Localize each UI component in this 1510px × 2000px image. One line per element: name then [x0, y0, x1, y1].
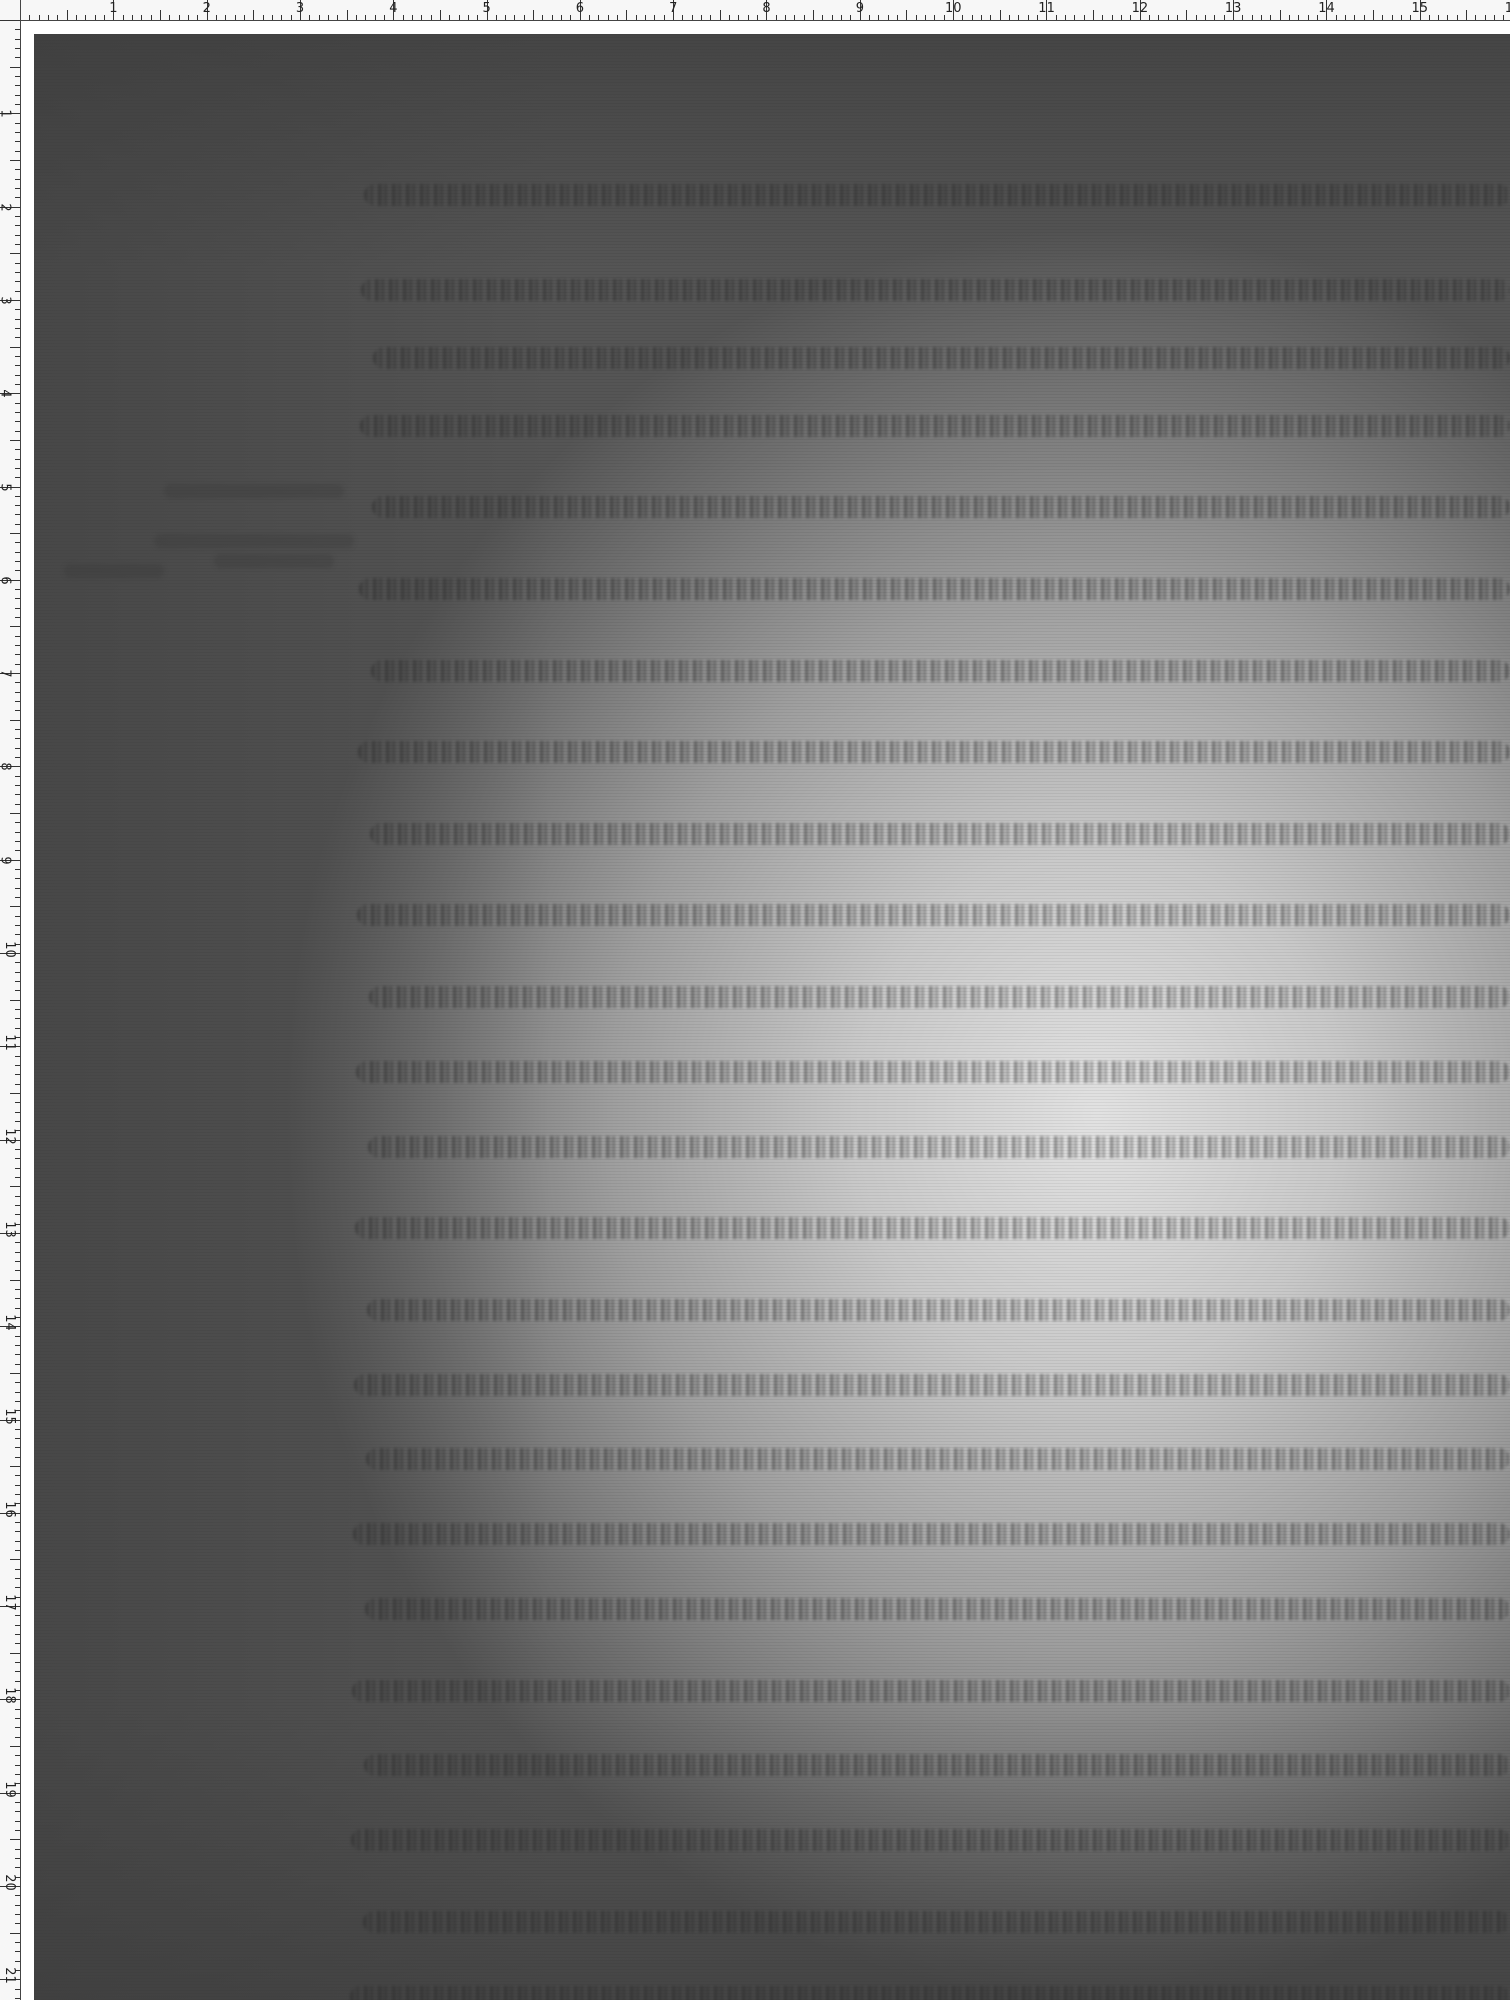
ruler-tick [15, 682, 20, 683]
ruler-tick [1214, 15, 1215, 20]
ruler-tick [15, 1821, 20, 1822]
ruler-tick [85, 15, 86, 20]
ruler-tick [15, 701, 20, 702]
ruler-tick [15, 654, 20, 655]
ruler-tick [39, 15, 40, 20]
ruler-tick [169, 15, 170, 20]
ruler-tick [309, 15, 310, 20]
ruler-tick [15, 1951, 20, 1952]
ruler-tick [626, 10, 627, 20]
ruler-tick [15, 1102, 20, 1103]
manuscript-line [351, 1829, 1510, 1851]
manuscript-line [357, 904, 1510, 926]
ruler-tick [906, 10, 907, 20]
ruler-tick [412, 15, 413, 20]
ruler-tick [15, 1858, 20, 1859]
ruler-tick [15, 1074, 20, 1075]
ruler-tick [1354, 15, 1355, 20]
ruler-tick [524, 15, 525, 20]
ruler-tick [15, 1494, 20, 1495]
ruler-tick [104, 15, 105, 20]
ruler-tick [878, 15, 879, 20]
ruler-tick [10, 720, 20, 721]
ruler-tick [365, 15, 366, 20]
ruler-tick [682, 15, 683, 20]
ruler-tick [701, 15, 702, 20]
ruler-tick [1475, 15, 1476, 20]
ruler-tick [15, 1289, 20, 1290]
ruler-tick [15, 636, 20, 637]
ruler-tick [1158, 15, 1159, 20]
ruler-tick [347, 10, 348, 20]
ruler-tick [216, 15, 217, 20]
ruler-tick [598, 15, 599, 20]
ruler-tick [794, 15, 795, 20]
ruler-tick [533, 10, 534, 20]
ruler-tick [15, 319, 20, 320]
ruler-tick [15, 1336, 20, 1337]
ruler-tick [15, 95, 20, 96]
ruler-tick [15, 1028, 20, 1029]
ruler-tick [95, 15, 96, 20]
ruler-tick [15, 123, 20, 124]
ruler-tick [15, 244, 20, 245]
ruler-tick [15, 384, 20, 385]
ruler-tick [15, 403, 20, 404]
ruler-tick [15, 1084, 20, 1085]
ruler-tick [1074, 15, 1075, 20]
ruler-label: 21 [3, 1968, 16, 1985]
ruler-tick [654, 15, 655, 20]
ruler-tick [1494, 15, 1495, 20]
ruler-tick [1000, 10, 1001, 20]
ruler-label: 3 [0, 296, 12, 304]
ruler-tick [15, 617, 20, 618]
ruler-tick [15, 421, 20, 422]
ruler-tick [1242, 15, 1243, 20]
ruler-tick [15, 598, 20, 599]
ruler-tick [15, 729, 20, 730]
ruler-label: 20 [3, 1874, 16, 1891]
ruler-tick [76, 15, 77, 20]
ruler-tick [15, 1121, 20, 1122]
ruler-tick [15, 1989, 20, 1990]
ruler-tick [1270, 15, 1271, 20]
ruler-label: 9 [0, 856, 12, 864]
ruler-tick [1485, 15, 1486, 20]
ruler-tick [15, 1643, 20, 1644]
manuscript-scan [34, 34, 1510, 2000]
ruler-tick [15, 1961, 20, 1962]
ruler-tick [10, 813, 20, 814]
ruler-tick [1177, 15, 1178, 20]
ruler-label: 11 [1038, 2, 1055, 15]
ruler-tick [15, 1447, 20, 1448]
manuscript-line [368, 1136, 1510, 1158]
ruler-tick [225, 15, 226, 20]
ruler-tick [15, 794, 20, 795]
ruler-tick [15, 496, 20, 497]
ruler-tick [1401, 15, 1402, 20]
ruler-tick [1280, 10, 1281, 20]
ruler-tick [1308, 15, 1309, 20]
ruler-label: 7 [0, 669, 12, 677]
ruler-tick [15, 1634, 20, 1635]
ruler-tick [1392, 15, 1393, 20]
ruler-tick [841, 15, 842, 20]
ruler-label: 2 [203, 2, 211, 15]
ruler-tick [15, 281, 20, 282]
ruler-tick [15, 468, 20, 469]
ruler-tick [15, 589, 20, 590]
ruler-tick [328, 15, 329, 20]
ruler-tick [1364, 15, 1365, 20]
ruler-label: 3 [296, 2, 304, 15]
ruler-tick [375, 15, 376, 20]
ruler-tick [15, 169, 20, 170]
ruler-tick [15, 990, 20, 991]
ruler-tick [15, 608, 20, 609]
ruler-tick [15, 29, 20, 30]
ruler-tick [1112, 15, 1113, 20]
ruler-tick [15, 1550, 20, 1551]
ruler-tick [15, 878, 20, 879]
ruler-tick [10, 1000, 20, 1001]
ruler-tick [15, 1718, 20, 1719]
ruler-tick [1447, 15, 1448, 20]
ruler-tick [123, 15, 124, 20]
ruler-tick [15, 188, 20, 189]
ruler-tick [990, 15, 991, 20]
ruler-tick [15, 514, 20, 515]
ruler-tick [925, 15, 926, 20]
ruler-tick [1028, 15, 1029, 20]
ruler-tick [1121, 15, 1122, 20]
ruler-tick [10, 67, 20, 68]
ruler-tick [15, 328, 20, 329]
ruler-tick [850, 15, 851, 20]
ruler-tick [617, 15, 618, 20]
ruler-tick [570, 15, 571, 20]
ruler-tick [15, 1242, 20, 1243]
ruler-tick [67, 10, 68, 20]
ruler-tick [10, 1466, 20, 1467]
ruler-tick [1382, 15, 1383, 20]
ruler-tick [29, 15, 30, 20]
ruler-tick [15, 365, 20, 366]
manuscript-line [350, 1986, 1510, 2000]
ruler-tick [972, 15, 973, 20]
ruler-tick [179, 15, 180, 20]
ruler-tick [15, 1895, 20, 1896]
ruler-tick [15, 1270, 20, 1271]
ruler-tick [15, 1308, 20, 1309]
ruler-tick [15, 981, 20, 982]
ruler-tick [15, 972, 20, 973]
manuscript-line [372, 496, 1510, 518]
ruler-tick [244, 15, 245, 20]
ruler-tick [832, 15, 833, 20]
ruler-label: 19 [3, 1781, 16, 1798]
manuscript-line [355, 1217, 1510, 1239]
ruler-tick [15, 1392, 20, 1393]
ruler-tick [468, 15, 469, 20]
ruler-tick [15, 1438, 20, 1439]
ruler-label: 15 [1412, 2, 1429, 15]
ruler-tick [15, 1205, 20, 1206]
ruler-tick [1457, 15, 1458, 20]
ruler-tick [1018, 15, 1019, 20]
ruler-tick [15, 1112, 20, 1113]
ruler-tick [421, 15, 422, 20]
ruler-tick [10, 347, 20, 348]
ruler-tick [15, 179, 20, 180]
ruler-tick [15, 151, 20, 152]
ruler-tick [10, 1746, 20, 1747]
ruler-tick [15, 542, 20, 543]
ruler-tick [720, 10, 721, 20]
ruler-tick [1102, 15, 1103, 20]
ruler-tick [431, 15, 432, 20]
ruler-tick [141, 15, 142, 20]
manuscript-line [364, 184, 1510, 206]
ruler-tick [1429, 15, 1430, 20]
ruler-tick [356, 15, 357, 20]
ruler-tick [15, 1830, 20, 1831]
ruler-tick [15, 1429, 20, 1430]
manuscript-line [371, 660, 1510, 682]
ruler-tick [15, 748, 20, 749]
ruler-tick [15, 1811, 20, 1812]
ruler-label: 16 [3, 1501, 16, 1518]
ruler-label: 8 [0, 763, 12, 771]
ruler-tick [15, 1018, 20, 1019]
ruler-tick [542, 15, 543, 20]
ruler-tick [337, 15, 338, 20]
margin-annotation [64, 564, 164, 578]
ruler-tick [692, 15, 693, 20]
ruler-tick [15, 1905, 20, 1906]
ruler-tick [962, 15, 963, 20]
ruler-tick [981, 15, 982, 20]
ruler-label: 4 [389, 2, 397, 15]
ruler-tick [15, 1177, 20, 1178]
ruler-tick [15, 1475, 20, 1476]
ruler-tick [188, 15, 189, 20]
ruler-tick [1261, 15, 1262, 20]
ruler-tick [15, 1168, 20, 1169]
ruler-tick [15, 757, 20, 758]
ruler-label: 6 [0, 576, 12, 584]
ruler-tick [934, 15, 935, 20]
manuscript-line [358, 741, 1510, 763]
ruler-tick [15, 841, 20, 842]
ruler-tick [15, 1522, 20, 1523]
left-ruler: 123456789101112131415161718192021 [0, 0, 21, 2000]
ruler-tick [15, 1625, 20, 1626]
ruler-tick [15, 39, 20, 40]
ruler-tick [15, 1298, 20, 1299]
ruler-tick [664, 15, 665, 20]
manuscript-line [365, 1598, 1510, 1620]
ruler-tick [384, 15, 385, 20]
manuscript-line [360, 415, 1510, 437]
ruler-tick [0, 20, 20, 21]
ruler-tick [813, 10, 814, 20]
ruler-tick [291, 15, 292, 20]
manuscript-line [370, 823, 1510, 845]
ruler-tick [15, 431, 20, 432]
ruler-label: 12 [1132, 2, 1149, 15]
ruler-label: 16 [1505, 2, 1510, 15]
ruler-tick [15, 1056, 20, 1057]
ruler-label: 17 [3, 1594, 16, 1611]
ruler-tick [160, 10, 161, 20]
ruler-tick [496, 15, 497, 20]
ruler-tick [15, 1942, 20, 1943]
ruler-tick [15, 235, 20, 236]
ruler-tick [10, 1559, 20, 1560]
ruler-tick [15, 412, 20, 413]
ruler-tick [15, 1261, 20, 1262]
ruler-tick [15, 897, 20, 898]
ruler-tick [15, 1065, 20, 1066]
ruler-label: 14 [3, 1314, 16, 1331]
ruler-label: 5 [483, 2, 491, 15]
manuscript-line [354, 1374, 1510, 1396]
ruler-tick [561, 15, 562, 20]
ruler-tick [15, 291, 20, 292]
ruler-tick [15, 1998, 20, 1999]
margin-annotation [214, 554, 334, 568]
ruler-tick [15, 141, 20, 142]
ruler-tick [319, 15, 320, 20]
ruler-label: 11 [3, 1035, 16, 1052]
manuscript-line [359, 578, 1510, 600]
ruler-tick [15, 1578, 20, 1579]
ruler-tick [15, 1737, 20, 1738]
ruler-tick [15, 1802, 20, 1803]
ruler-tick [15, 1401, 20, 1402]
ruler-tick [15, 822, 20, 823]
ruler-tick [15, 1457, 20, 1458]
ruler-label: 13 [1225, 2, 1242, 15]
manuscript-line [369, 986, 1510, 1008]
ruler-tick [15, 477, 20, 478]
ruler-tick [15, 710, 20, 711]
ruler-tick [235, 15, 236, 20]
ruler-tick [15, 1252, 20, 1253]
ruler-tick [263, 15, 264, 20]
ruler-tick [15, 1382, 20, 1383]
ruler-tick [1345, 15, 1346, 20]
ruler-tick [636, 15, 637, 20]
ruler-label: 14 [1318, 2, 1335, 15]
ruler-tick [440, 10, 441, 20]
ruler-tick [15, 1149, 20, 1150]
ruler-tick [552, 15, 553, 20]
ruler-tick [10, 906, 20, 907]
manuscript-line [361, 279, 1510, 301]
margin-annotation [164, 484, 344, 498]
ruler-tick [15, 1709, 20, 1710]
ruler-tick [505, 15, 506, 20]
ruler-tick [15, 216, 20, 217]
ruler-tick [15, 1681, 20, 1682]
ruler-tick [776, 15, 777, 20]
ruler-tick [1289, 15, 1290, 20]
ruler-tick [15, 1196, 20, 1197]
ruler-tick [15, 1354, 20, 1355]
ruler-tick [15, 1541, 20, 1542]
ruler-tick [197, 15, 198, 20]
ruler-tick [10, 1653, 20, 1654]
ruler-tick [15, 570, 20, 571]
ruler-tick [15, 776, 20, 777]
ruler-tick [15, 48, 20, 49]
manuscript-line [366, 1448, 1510, 1470]
ruler-tick [15, 337, 20, 338]
ruler-tick [916, 15, 917, 20]
ruler-tick [15, 104, 20, 105]
ruler-tick [1065, 15, 1066, 20]
ruler-tick [15, 1615, 20, 1616]
ruler-tick [132, 15, 133, 20]
ruler-tick [15, 197, 20, 198]
top-ruler: 012345678910111213141516 [0, 0, 1510, 21]
ruler-tick [1438, 15, 1439, 20]
ruler-tick [48, 15, 49, 20]
ruler-tick [15, 552, 20, 553]
ruler-tick [15, 1587, 20, 1588]
ruler-tick [15, 1158, 20, 1159]
ruler-tick [729, 15, 730, 20]
ruler-tick [804, 15, 805, 20]
ruler-tick [608, 15, 609, 20]
manuscript-line [373, 347, 1510, 369]
ruler-tick [1009, 15, 1010, 20]
ruler-tick [15, 449, 20, 450]
ruler-tick [10, 1839, 20, 1840]
ruler-tick [1373, 10, 1374, 20]
ruler-tick [57, 15, 58, 20]
ruler-tick [15, 263, 20, 264]
ruler-tick [272, 15, 273, 20]
manuscript-line [363, 1911, 1510, 1933]
manuscript-line [353, 1523, 1510, 1545]
ruler-tick [15, 1671, 20, 1672]
ruler-tick [10, 1186, 20, 1187]
ruler-tick [1205, 15, 1206, 20]
ruler-tick [151, 15, 152, 20]
ruler-tick [15, 1774, 20, 1775]
ruler-tick [15, 785, 20, 786]
ruler-label: 4 [0, 390, 12, 398]
ruler-tick [10, 1280, 20, 1281]
ruler-label: 2 [0, 203, 12, 211]
ruler-tick [15, 85, 20, 86]
ruler-tick [15, 1531, 20, 1532]
ruler-tick [15, 356, 20, 357]
ruler-tick [15, 1867, 20, 1868]
ruler-tick [1186, 10, 1187, 20]
manuscript-line [364, 1754, 1510, 1776]
ruler-tick [15, 459, 20, 460]
ruler-tick [1149, 15, 1150, 20]
ruler-tick [15, 934, 20, 935]
ruler-tick [1196, 15, 1197, 20]
ruler-label: 12 [3, 1128, 16, 1145]
